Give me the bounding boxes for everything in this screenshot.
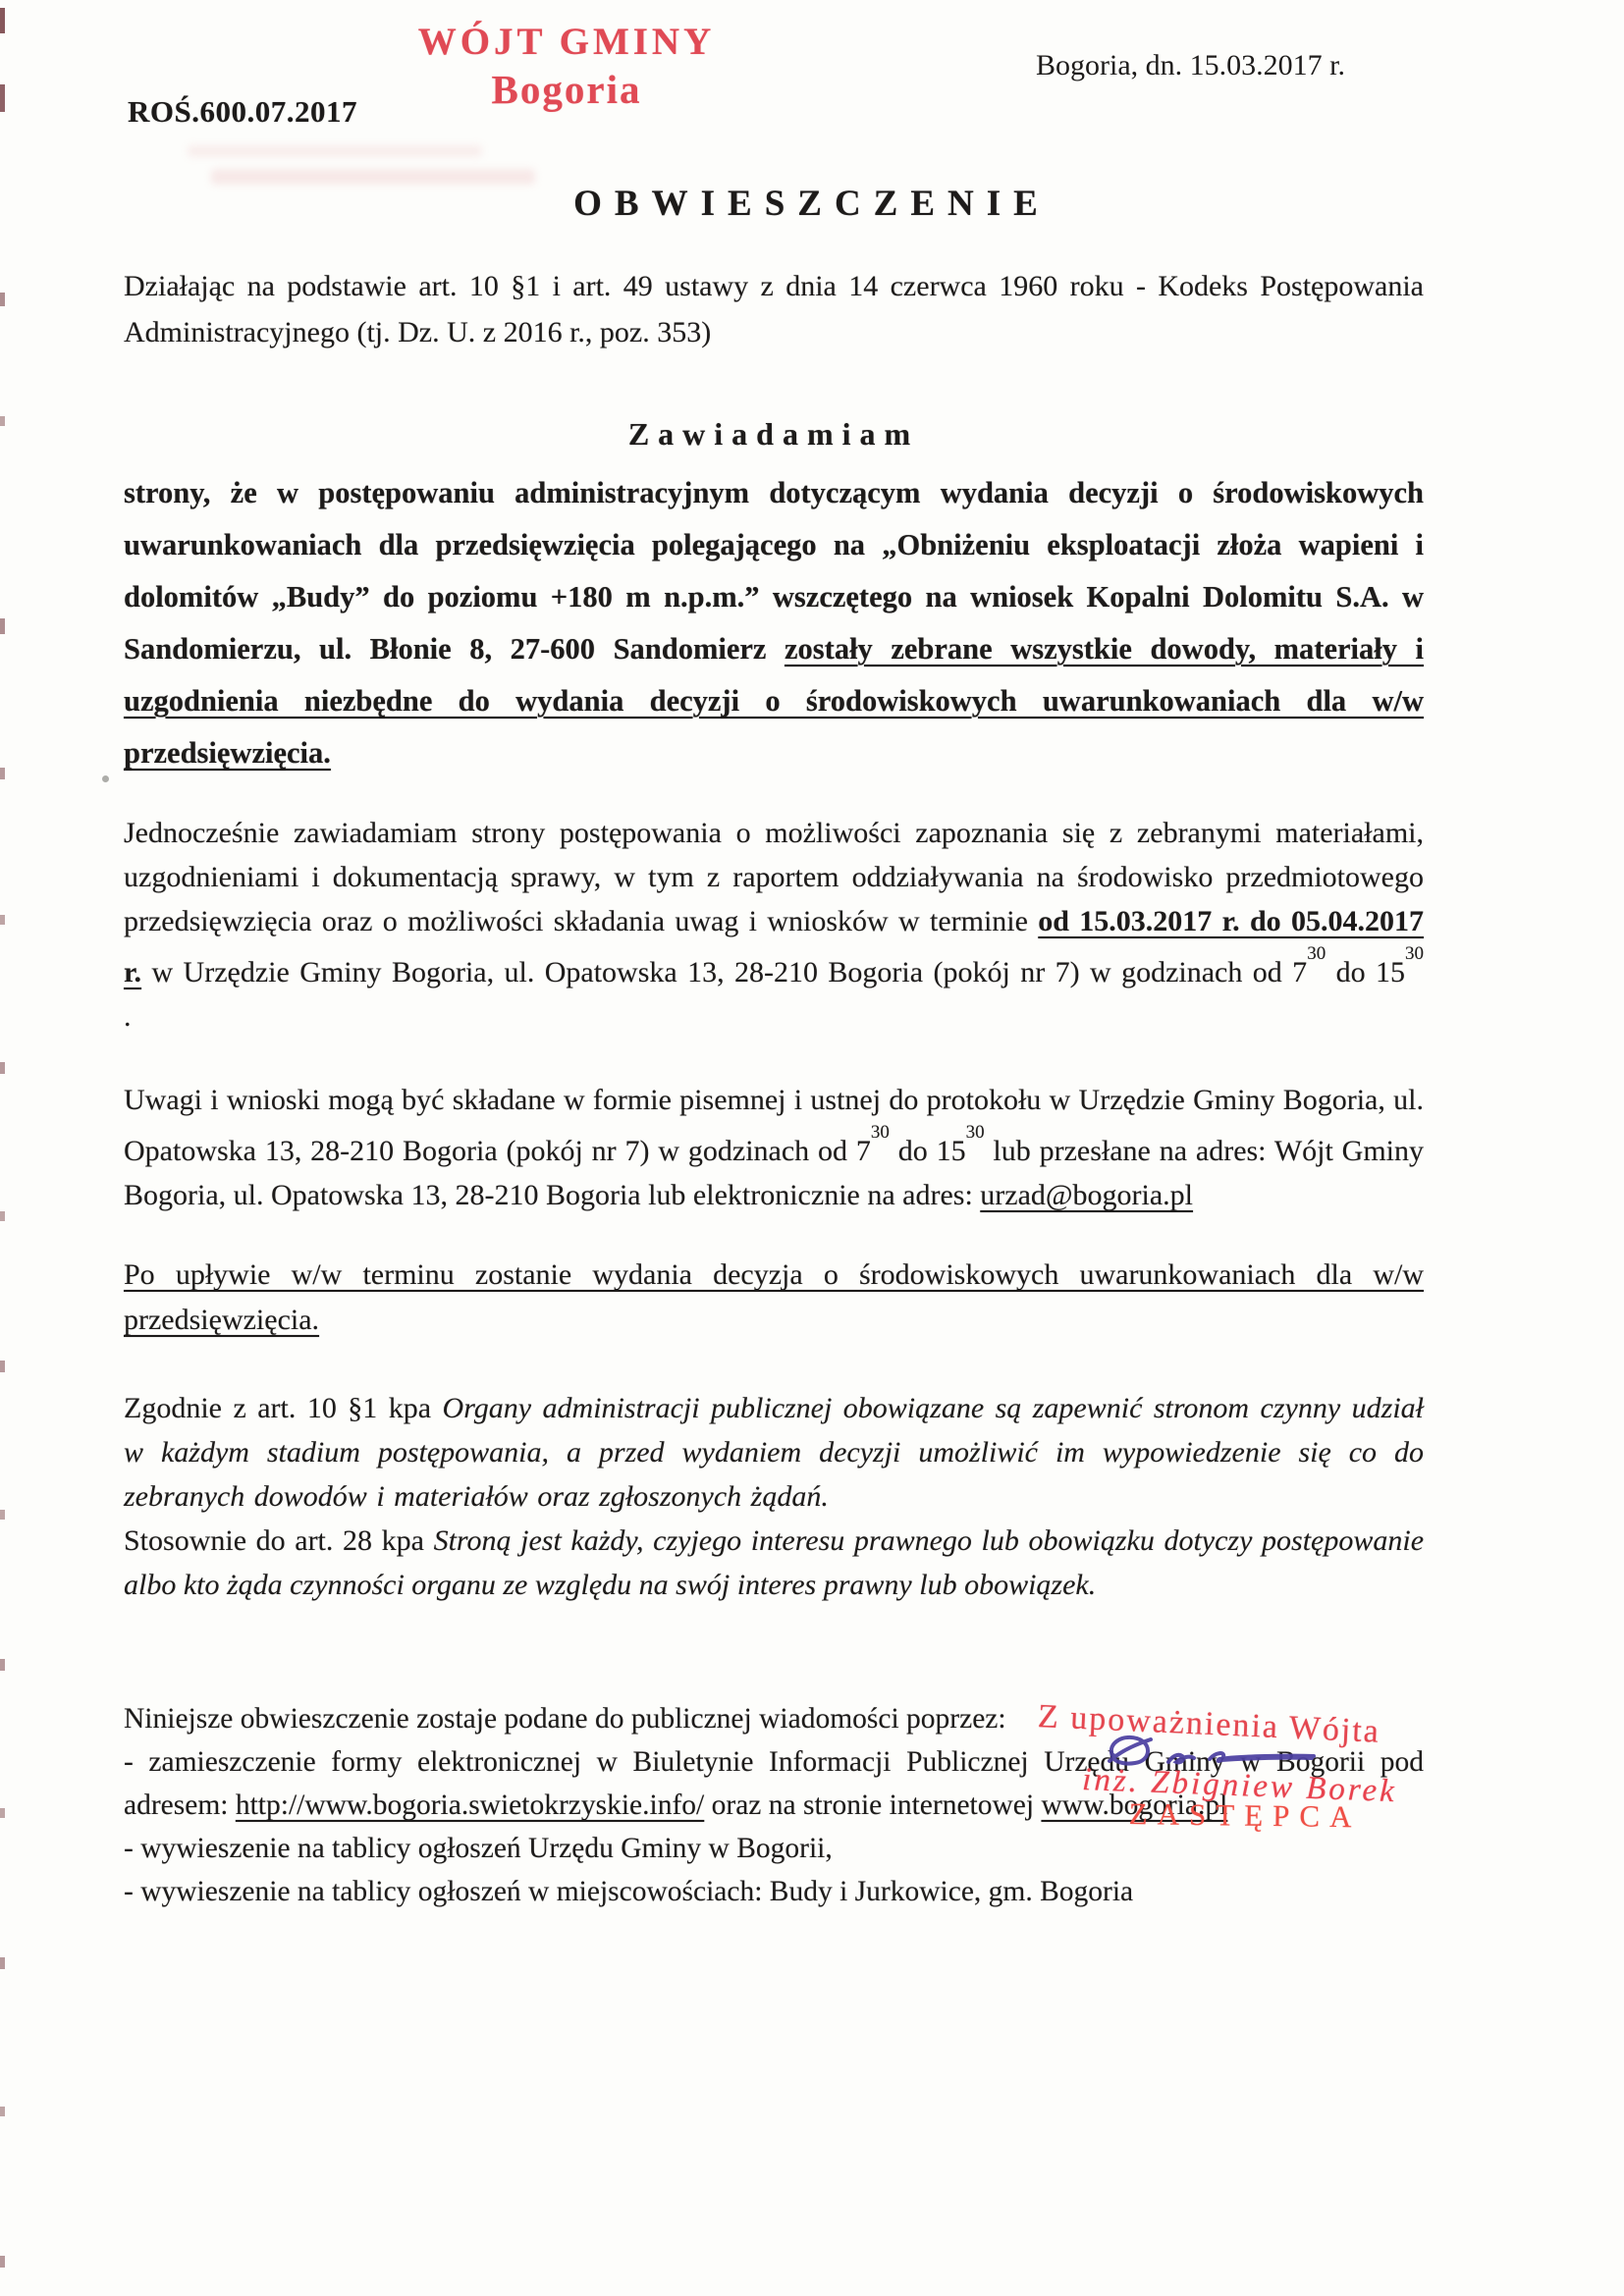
article-10-lead: Zgodnie z art. 10 §1 kpa xyxy=(124,1392,443,1424)
scan-artifact xyxy=(0,1659,5,1671)
distribution-intro: Niniejsze obwieszczenie zostaje podane d… xyxy=(124,1703,1006,1735)
office-stamp-line1: WÓJT GMINY xyxy=(385,20,748,64)
article-10-paragraph: Zgodnie z art. 10 §1 kpa Organy administ… xyxy=(124,1386,1424,1519)
scan-artifact xyxy=(0,8,5,33)
review-hours: do 15 xyxy=(1326,956,1405,988)
scan-artifact xyxy=(0,915,5,925)
scan-artifact xyxy=(0,1062,5,1074)
scan-artifact xyxy=(0,2107,5,2116)
reference-number: ROŚ.600.07.2017 xyxy=(128,94,357,130)
legal-basis-paragraph: Działając na podstawie art. 10 §1 i art.… xyxy=(124,263,1424,355)
remarks-paragraph: Uwagi i wnioski mogą być składane w form… xyxy=(124,1078,1424,1217)
document-title: OBWIESZCZENIE xyxy=(0,183,1624,225)
scan-artifact xyxy=(0,618,5,634)
scan-artifact xyxy=(0,84,5,112)
notice-paragraph: strony, że w postępowaniu administracyjn… xyxy=(124,467,1424,779)
review-possibility-paragraph: Jednocześnie zawiadamiam strony postępow… xyxy=(124,811,1424,1039)
scan-artifact xyxy=(0,1808,5,1818)
after-deadline-text: Po upływie w/w terminu zostanie wydania … xyxy=(124,1258,1424,1336)
scan-artifact xyxy=(0,768,5,779)
article-28-paragraph: Stosownie do art. 28 kpa Stroną jest każ… xyxy=(124,1519,1424,1607)
signatory-role-stamp: ZASTĘPCA xyxy=(1128,1796,1361,1835)
office-red-stamp: WÓJT GMINY Bogoria xyxy=(385,20,748,113)
scanned-document-page: ROŚ.600.07.2017 WÓJT GMINY Bogoria Bogor… xyxy=(0,0,1624,2296)
hours-superscript: 30 xyxy=(966,1122,985,1143)
hours-superscript: 30 xyxy=(1307,943,1326,964)
place-and-date: Bogoria, dn. 15.03.2017 r. xyxy=(1036,49,1345,82)
office-stamp-line2: Bogoria xyxy=(385,66,748,113)
scan-artifact xyxy=(0,1957,5,1969)
scan-artifact xyxy=(0,293,5,306)
document-body: Działając na podstawie art. 10 §1 i art.… xyxy=(124,263,1424,1913)
distribution-item3: - wywieszenie na tablicy ogłoszeń w miej… xyxy=(124,1876,1133,1907)
review-location: w Urzędzie Gminy Bogoria, ul. Opatowska … xyxy=(141,956,1307,988)
after-deadline-paragraph: Po upływie w/w terminu zostanie wydania … xyxy=(124,1253,1424,1343)
scan-artifact xyxy=(0,2256,5,2268)
scan-artifact xyxy=(0,1510,5,1520)
scan-artifact xyxy=(0,1361,5,1372)
scan-artifact xyxy=(0,1211,5,1221)
remarks-hours: do 15 xyxy=(890,1135,966,1167)
hours-superscript: 30 xyxy=(871,1122,890,1143)
review-end: . xyxy=(124,1000,132,1033)
article-28-lead: Stosownie do art. 28 kpa xyxy=(124,1524,434,1557)
email-address: urzad@bogoria.pl xyxy=(980,1179,1193,1211)
scan-artifact xyxy=(102,775,109,782)
distribution-item1-mid: oraz na stronie internetowej xyxy=(704,1789,1041,1821)
stamp-residue-mark xyxy=(188,145,482,157)
hours-superscript: 30 xyxy=(1405,943,1424,964)
distribution-item2: - wywieszenie na tablicy ogłoszeń Urzędu… xyxy=(124,1833,833,1864)
bip-url-link: http://www.bogoria.swietokrzyskie.info/ xyxy=(236,1789,704,1821)
notice-heading: Zawiadamiam xyxy=(124,414,1424,454)
scan-artifact xyxy=(0,416,5,426)
